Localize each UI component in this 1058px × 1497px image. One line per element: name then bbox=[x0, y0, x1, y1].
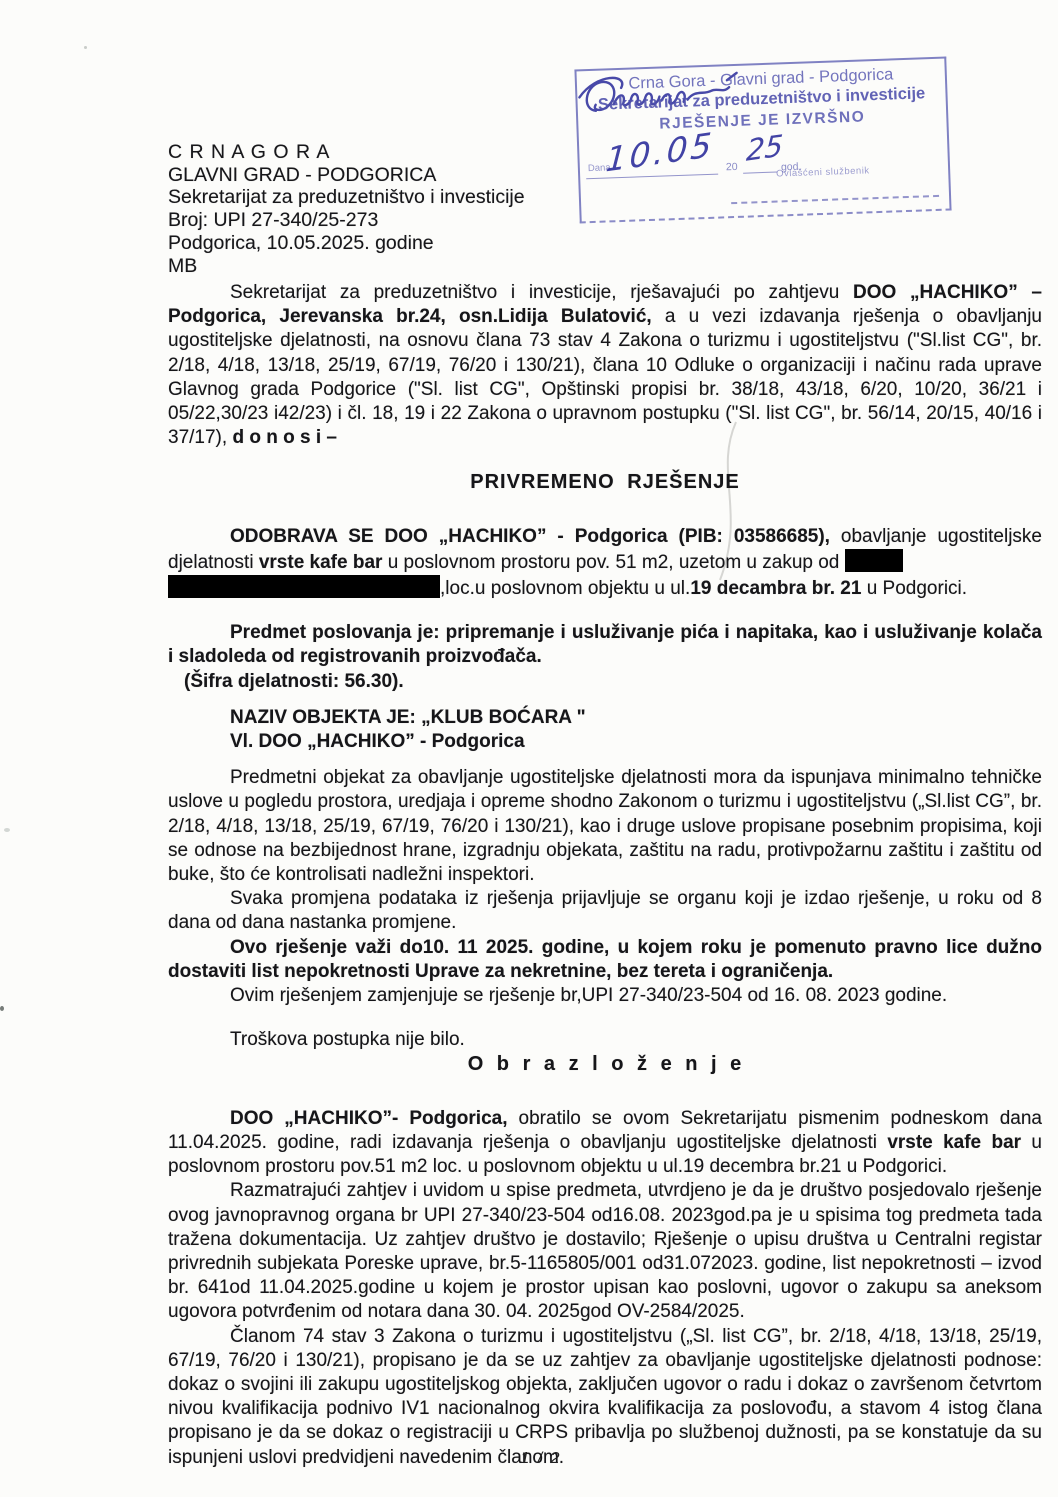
text-run: (Šifra djelatnosti: 56.30). bbox=[184, 671, 404, 692]
execution-stamp: Crna Gora - Glavni grad - Podgorica Sekr… bbox=[574, 57, 951, 224]
page-number: 1 / 2 bbox=[0, 1450, 1058, 1468]
naziv-objekta-line: NAZIV OBJEKTA JE: „KLUB BOĆARA " bbox=[168, 706, 1042, 730]
letterhead: C R N A G O R A GLAVNI GRAD - PODGORICA … bbox=[168, 141, 525, 277]
text-run: 19 decambra br. 21 bbox=[690, 578, 861, 599]
blank-line bbox=[168, 1077, 1042, 1107]
zamjena-rjesenja-paragraph: Ovim rješenjem zamjenjuje se rješenje br… bbox=[168, 984, 1042, 1008]
intro-paragraph: Sekretarijat za preduzetništvo i investi… bbox=[168, 281, 1042, 450]
blank-line bbox=[168, 1008, 1042, 1028]
predmet-poslovanja-paragraph: Predmet poslovanja je: pripremanje i usl… bbox=[168, 621, 1042, 669]
scanned-document-page: Crna Gora - Glavni grad - Podgorica Sekr… bbox=[0, 0, 1058, 1497]
letterhead-secretariat: Sekretarijat za preduzetništvo i investi… bbox=[168, 186, 525, 209]
text-run: u Podgorici. bbox=[861, 578, 967, 599]
text-run: Razmatrajući zahtjev i uvidom u spise pr… bbox=[168, 1180, 1042, 1322]
letterhead-country: C R N A G O R A bbox=[168, 141, 525, 164]
sifra-djelatnosti-line: (Šifra djelatnosti: 56.30). bbox=[168, 670, 1042, 694]
text-run: Ovo rješenje važi do10. 11 2025. godine,… bbox=[168, 937, 1042, 982]
text-run: ODOBRAVA SE DOO „HACHIKO” - Podgorica (P… bbox=[230, 526, 830, 547]
text-run: Troškova postupka nije bilo. bbox=[230, 1029, 465, 1050]
scan-speck bbox=[84, 46, 87, 49]
text-run: NAZIV OBJEKTA JE: „KLUB BOĆARA " bbox=[230, 707, 586, 728]
text-run: Svaka promjena podataka iz rješenja prij… bbox=[168, 888, 1042, 933]
text-run: Vl. DOO „HACHIKO” - Podgorica bbox=[230, 731, 525, 752]
text-run: Predmetni objekat za obavljanje ugostite… bbox=[168, 767, 1042, 885]
text-run: Sekretarijat za preduzetništvo i investi… bbox=[230, 282, 853, 303]
text-run: ,loc.u poslovnom objektu u ul. bbox=[440, 578, 690, 599]
document-body: Sekretarijat za preduzetništvo i investi… bbox=[168, 281, 1042, 1470]
text-run: vrste kafe bar bbox=[259, 552, 383, 573]
heading-obrazlozenje: O b r a z l o ž e n j e bbox=[168, 1052, 1042, 1076]
letterhead-place-date: Podgorica, 10.05.2025. godine bbox=[168, 232, 525, 255]
text-run: Ovim rješenjem zamjenjuje se rješenje br… bbox=[230, 985, 947, 1006]
stamp-year-underline bbox=[743, 172, 777, 174]
redaction-box bbox=[845, 549, 903, 572]
troskovi-line: Troškova postupka nije bilo. bbox=[168, 1028, 1042, 1052]
text-run: d o n o s i – bbox=[232, 427, 337, 448]
vazenje-rjesenja-paragraph: Ovo rješenje važi do10. 11 2025. godine,… bbox=[168, 936, 1042, 984]
heading-privremeno-rjesenje: PRIVREMENO RJEŠENJE bbox=[168, 470, 1042, 494]
scan-speck bbox=[4, 828, 10, 832]
blank-line bbox=[168, 754, 1042, 766]
signature-line bbox=[731, 195, 939, 204]
text-run: Predmet poslovanja je: pripremanje i usl… bbox=[168, 622, 1042, 667]
blank-line bbox=[168, 694, 1042, 706]
text-run: u poslovnom prostoru pov. 51 m2, uzetom … bbox=[382, 552, 844, 573]
text-run: vrste kafe bar bbox=[887, 1132, 1021, 1153]
stamp-officer-label: Ovlašćeni službenik bbox=[776, 165, 870, 179]
obrazlozenje-paragraph-2: Razmatrajući zahtjev i uvidom u spise pr… bbox=[168, 1179, 1042, 1324]
scan-edge-band bbox=[0, 0, 46, 1497]
text-run: DOO „HACHIKO”- Podgorica, bbox=[230, 1108, 508, 1129]
obrazlozenje-paragraph-1: DOO „HACHIKO”- Podgorica, obratilo se ov… bbox=[168, 1107, 1042, 1180]
scan-speck bbox=[0, 1006, 4, 1011]
redaction-box bbox=[168, 575, 440, 598]
letterhead-city: GLAVNI GRAD - PODGORICA bbox=[168, 164, 525, 187]
blank-line bbox=[168, 495, 1042, 525]
text-run: Članom 74 stav 3 Zakona o turizmu i ugos… bbox=[168, 1326, 1042, 1468]
stamp-year-prefix: 20 bbox=[726, 161, 738, 173]
blank-line bbox=[168, 601, 1042, 621]
tehnicki-uslovi-paragraph: Predmetni objekat za obavljanje ugostite… bbox=[168, 766, 1042, 887]
blank-line bbox=[168, 450, 1042, 470]
letterhead-initials: MB bbox=[168, 255, 525, 278]
obrazlozenje-paragraph-3: Članom 74 stav 3 Zakona o turizmu i ugos… bbox=[168, 1325, 1042, 1470]
letterhead-case-number: Broj: UPI 27-340/25-273 bbox=[168, 209, 525, 232]
vlasnik-line: Vl. DOO „HACHIKO” - Podgorica bbox=[168, 730, 1042, 754]
odobrava-paragraph: ODOBRAVA SE DOO „HACHIKO” - Podgorica (P… bbox=[168, 525, 1042, 602]
stamp-handwritten-year: 25 bbox=[745, 128, 784, 168]
promjena-podataka-paragraph: Svaka promjena podataka iz rješenja prij… bbox=[168, 887, 1042, 935]
